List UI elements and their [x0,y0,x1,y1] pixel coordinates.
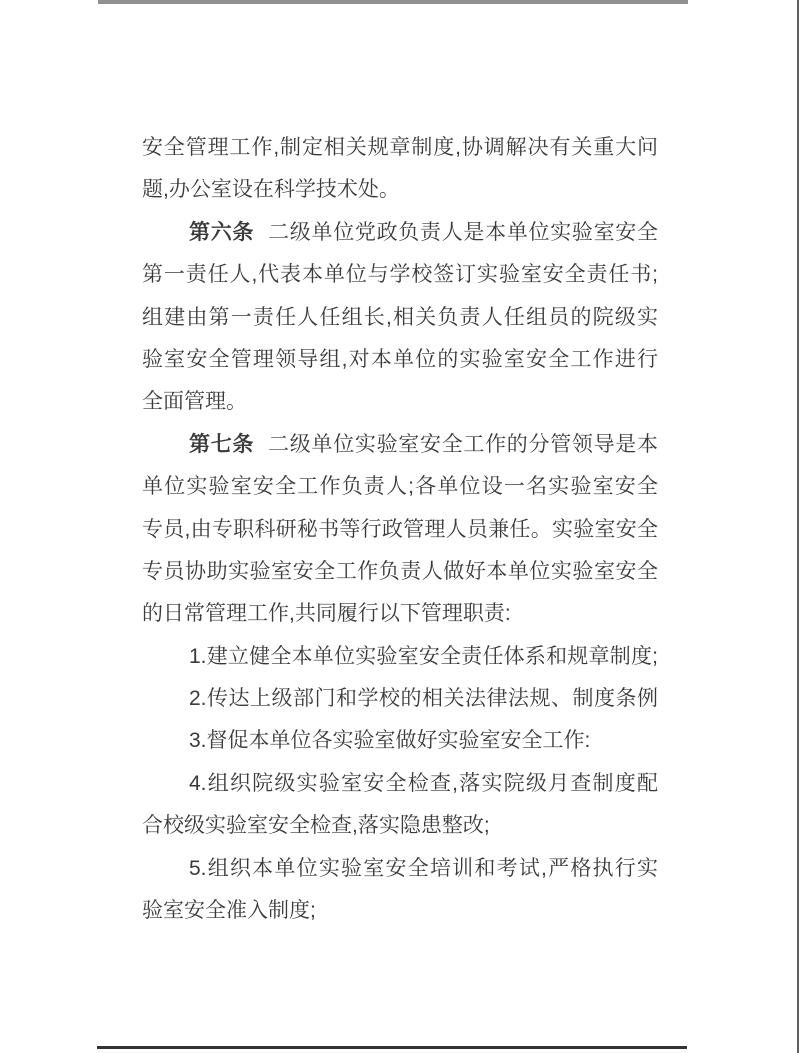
text-line: 组建由第一责任人任组长,相关负责人任组员的院级实 [142,297,658,339]
text-line: 专员协助实验室安全工作负责人做好本单位实验室安全 [142,551,658,593]
text-line: 第六条二级单位党政负责人是本单位实验室安全 [142,212,658,254]
text-line: 第一责任人,代表本单位与学校签订实验室安全责任书; [142,254,658,296]
text-line: 3.督促本单位各实验室做好实验室安全工作: [142,720,658,762]
line-text: 的日常管理工作,共同履行以下管理职责: [142,602,511,625]
line-text: 5.组织本单位实验室安全培训和考试,严格执行实 [189,857,658,880]
line-text: 专员协助实验室安全工作负责人做好本单位实验室安全 [142,560,658,583]
line-text: 安全管理工作,制定相关规章制度,协调解决有关重大问 [142,136,658,159]
text-line: 的日常管理工作,共同履行以下管理职责: [142,593,658,635]
text-line: 单位实验室安全工作负责人;各单位设一名实验室安全 [142,466,658,508]
line-text: 组建由第一责任人任组长,相关负责人任组员的院级实 [142,306,658,329]
line-text: 全面管理。 [142,390,247,413]
article-number: 第七条 [189,433,254,456]
text-line: 验室安全管理领导组,对本单位的实验室安全工作进行 [142,339,658,381]
scan-edge-right [797,0,799,1053]
text-block: 安全管理工作,制定相关规章制度,协调解决有关重大问题,办公室设在科学技术处。第六… [142,127,658,932]
line-text: 题,办公室设在科学技术处。 [142,178,400,201]
line-text: 专员,由专职科研秘书等行政管理人员兼任。实验室安全 [142,518,658,541]
line-text: 2.传达上级部门和学校的相关法律法规、制度条例等; [189,687,658,720]
scanned-document-page: { "page": { "background_color": "#ffffff… [0,0,800,1053]
text-line: 第七条二级单位实验室安全工作的分管领导是本 [142,424,658,466]
text-line: 1.建立健全本单位实验室安全责任体系和规章制度; [142,636,658,678]
line-text: 3.督促本单位各实验室做好实验室安全工作: [189,729,590,752]
text-line: 2.传达上级部门和学校的相关法律法规、制度条例等; [142,678,658,720]
article-number: 第六条 [189,221,254,244]
scan-edge-top [98,0,688,4]
line-text: 二级单位党政负责人是本单位实验室安全 [268,221,658,244]
line-text: 1.建立健全本单位实验室安全责任体系和规章制度; [189,645,658,668]
line-text: 合校级实验室安全检查,落实隐患整改; [142,814,490,837]
text-line: 合校级实验室安全检查,落实隐患整改; [142,805,658,847]
line-text: 二级单位实验室安全工作的分管领导是本 [268,433,658,456]
line-text: 第一责任人,代表本单位与学校签订实验室安全责任书; [142,263,658,286]
line-text: 单位实验室安全工作负责人;各单位设一名实验室安全 [142,475,658,498]
text-line: 安全管理工作,制定相关规章制度,协调解决有关重大问 [142,127,658,169]
text-line: 专员,由专职科研秘书等行政管理人员兼任。实验室安全 [142,509,658,551]
line-text: 4.组织院级实验室安全检查,落实院级月查制度配 [189,772,658,795]
text-line: 4.组织院级实验室安全检查,落实院级月查制度配 [142,763,658,805]
line-text: 验室安全管理领导组,对本单位的实验室安全工作进行 [142,348,658,371]
text-line: 5.组织本单位实验室安全培训和考试,严格执行实 [142,848,658,890]
text-line: 题,办公室设在科学技术处。 [142,169,658,211]
text-line: 全面管理。 [142,381,658,423]
scan-edge-bottom [97,1046,687,1049]
text-line: 验室安全准入制度; [142,890,658,932]
line-text: 验室安全准入制度; [142,899,316,922]
